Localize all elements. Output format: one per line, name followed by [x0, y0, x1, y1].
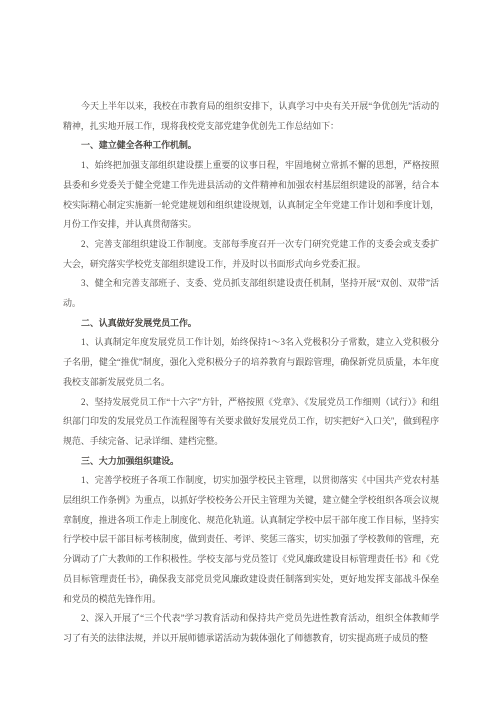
para-1-1: 1、始终把加强支部组织建设摆上重要的议事日程，牢固地树立常抓不懈的思想，严格按照…: [63, 156, 439, 235]
para-2-1: 1、认真制定年度发展党员工作计划，始终保持1～3名入党极积分子常数，建立入党积极…: [63, 333, 439, 392]
para-1-2: 2、完善支部组织建设工作制度。支部每季度召开一次专门研究党建工作的支委会或支委扩…: [63, 235, 439, 274]
document-body: 今天上半年以来，我校在市教育局的组织安排下，认真学习中央有关开展“争优创先”活动…: [63, 97, 439, 649]
heading-section-2: 二、认真做好发展党员工作。: [63, 314, 439, 334]
intro-paragraph: 今天上半年以来，我校在市教育局的组织安排下，认真学习中央有关开展“争优创先”活动…: [63, 97, 439, 136]
para-2-2: 2、坚持发展党员工作“十六字”方针，严格按照《党章》、《发展党员工作细则（试行）…: [63, 393, 439, 452]
document-page: 今天上半年以来，我校在市教育局的组织安排下，认真学习中央有关开展“争优创先”活动…: [0, 0, 500, 707]
heading-section-3: 三、大力加强组织建设。: [63, 452, 439, 472]
para-3-1: 1、完善学校班子各项工作制度，切实加强学校民主管理，以贯彻落实《中国共产党农村基…: [63, 471, 439, 609]
para-3-2: 2、深入开展了“三个代表”学习教育活动和保持共产党员先进性教育活动，组织全体教师…: [63, 609, 439, 648]
heading-section-1: 一、建立健全各种工作机制。: [63, 136, 439, 156]
para-1-3: 3、健全和完善支部班子、支委、党员抓支部组织建设责任机制，坚持开展“双创、双带”…: [63, 274, 439, 313]
